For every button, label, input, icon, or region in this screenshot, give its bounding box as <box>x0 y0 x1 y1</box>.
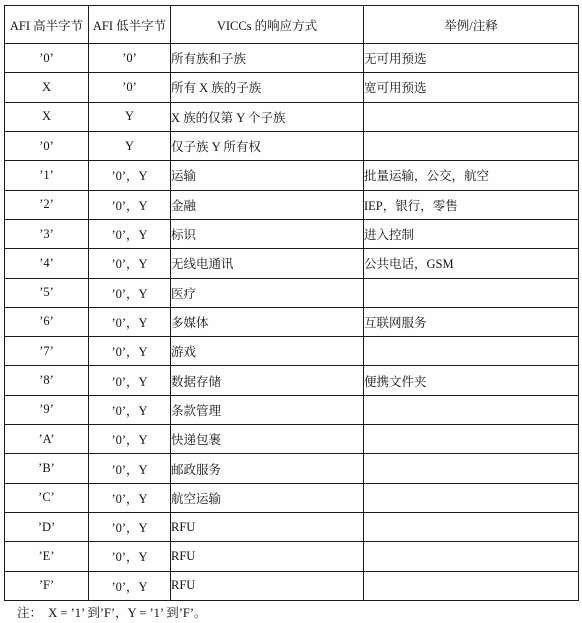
cell-example-note <box>364 542 579 571</box>
cell-example-note: 批量运输，公交，航空 <box>364 161 579 190</box>
cell-example-note <box>364 513 579 542</box>
cell-example-note <box>364 278 579 307</box>
cell-afi-low-nibble: ’0’，Y <box>89 513 171 542</box>
cell-vicc-response: RFU <box>171 542 364 571</box>
cell-vicc-response: 条款管理 <box>171 395 364 424</box>
cell-example-note: 互联网服务 <box>364 307 579 336</box>
table-row: ’C’ ’0’，Y 航空运输 <box>5 483 579 512</box>
table-row: ’9’ ’0’，Y 条款管理 <box>5 395 579 424</box>
table-row: ’E’ ’0’，Y RFU <box>5 542 579 571</box>
table-body: ’0’ ’0’ 所有族和子族 无可用预选 X ’0’ 所有 X 族的子族 宽可用… <box>5 44 579 601</box>
cell-afi-high-nibble: ’2’ <box>5 190 89 219</box>
cell-afi-low-nibble: ’0’，Y <box>89 366 171 395</box>
cell-vicc-response: 游戏 <box>171 337 364 366</box>
cell-afi-low-nibble: ’0’，Y <box>89 425 171 454</box>
cell-afi-low-nibble: ’0’，Y <box>89 307 171 336</box>
table-row: ’7’ ’0’，Y 游戏 <box>5 337 579 366</box>
cell-example-note: IEP，银行，零售 <box>364 190 579 219</box>
cell-afi-high-nibble: ’C’ <box>5 483 89 512</box>
cell-vicc-response: 无线电通讯 <box>171 249 364 278</box>
column-header-afi-high-nibble: AFI 高半字节 <box>5 6 89 44</box>
cell-afi-high-nibble: ’A’ <box>5 425 89 454</box>
cell-afi-high-nibble: ’5’ <box>5 278 89 307</box>
cell-vicc-response: 快递包裹 <box>171 425 364 454</box>
table-row: ’1’ ’0’，Y 运输 批量运输，公交，航空 <box>5 161 579 190</box>
cell-afi-low-nibble: ’0’ <box>89 44 171 73</box>
cell-afi-low-nibble: ’0’ <box>89 73 171 102</box>
cell-example-note: 无可用预选 <box>364 44 579 73</box>
table-row: ’A’ ’0’，Y 快递包裹 <box>5 425 579 454</box>
cell-afi-high-nibble: ’B’ <box>5 454 89 483</box>
table-row: ’B’ ’0’，Y 邮政服务 <box>5 454 579 483</box>
table-row: ’2’ ’0’，Y 金融 IEP，银行，零售 <box>5 190 579 219</box>
table-row: ’0’ ’0’ 所有族和子族 无可用预选 <box>5 44 579 73</box>
cell-afi-low-nibble: Y <box>89 131 171 160</box>
cell-example-note <box>364 425 579 454</box>
header-row: AFI 高半字节 AFI 低半字节 VICCs 的响应方式 举例/注释 <box>5 6 579 44</box>
cell-vicc-response: 金融 <box>171 190 364 219</box>
cell-example-note <box>364 102 579 131</box>
cell-example-note: 宽可用预选 <box>364 73 579 102</box>
cell-afi-high-nibble: ’F’ <box>5 571 89 600</box>
cell-afi-high-nibble: X <box>5 73 89 102</box>
cell-afi-low-nibble: ’0’，Y <box>89 249 171 278</box>
column-header-vicc-response: VICCs 的响应方式 <box>171 6 364 44</box>
cell-afi-high-nibble: ’D’ <box>5 513 89 542</box>
table-row: ’4’ ’0’，Y 无线电通讯 公共电话，GSM <box>5 249 579 278</box>
table-row: ’D’ ’0’，Y RFU <box>5 513 579 542</box>
cell-afi-low-nibble: ’0’，Y <box>89 190 171 219</box>
cell-afi-low-nibble: ’0’，Y <box>89 571 171 600</box>
footnote: 注： X = ’1’ 到’F’，Y = ’1’ 到’F’。 <box>17 603 207 621</box>
column-header-afi-low-nibble: AFI 低半字节 <box>89 6 171 44</box>
cell-afi-low-nibble: ’0’，Y <box>89 395 171 424</box>
cell-example-note: 公共电话，GSM <box>364 249 579 278</box>
cell-afi-low-nibble: ’0’，Y <box>89 278 171 307</box>
table-row: ’0’ Y 仅子族 Y 所有权 <box>5 131 579 160</box>
table-row: X Y X 族的仅第 Y 个子族 <box>5 102 579 131</box>
cell-afi-low-nibble: ’0’，Y <box>89 454 171 483</box>
table-row: ’5’ ’0’，Y 医疗 <box>5 278 579 307</box>
cell-afi-high-nibble: ’8’ <box>5 366 89 395</box>
cell-vicc-response: 数据存储 <box>171 366 364 395</box>
cell-vicc-response: X 族的仅第 Y 个子族 <box>171 102 364 131</box>
cell-afi-low-nibble: ’0’，Y <box>89 337 171 366</box>
cell-example-note: 进入控制 <box>364 219 579 248</box>
cell-afi-high-nibble: ’0’ <box>5 131 89 160</box>
cell-afi-low-nibble: ’0’，Y <box>89 219 171 248</box>
column-header-example-note: 举例/注释 <box>364 6 579 44</box>
cell-vicc-response: RFU <box>171 513 364 542</box>
cell-afi-high-nibble: ’0’ <box>5 44 89 73</box>
cell-afi-high-nibble: ’1’ <box>5 161 89 190</box>
afi-response-table: AFI 高半字节 AFI 低半字节 VICCs 的响应方式 举例/注释 ’0’ … <box>4 5 579 601</box>
cell-vicc-response: 邮政服务 <box>171 454 364 483</box>
table-row: X ’0’ 所有 X 族的子族 宽可用预选 <box>5 73 579 102</box>
cell-example-note <box>364 131 579 160</box>
cell-example-note <box>364 483 579 512</box>
document-page: AFI 高半字节 AFI 低半字节 VICCs 的响应方式 举例/注释 ’0’ … <box>0 0 582 623</box>
cell-afi-high-nibble: ’9’ <box>5 395 89 424</box>
cell-example-note <box>364 337 579 366</box>
cell-vicc-response: 运输 <box>171 161 364 190</box>
cell-afi-low-nibble: ’0’，Y <box>89 161 171 190</box>
cell-example-note <box>364 395 579 424</box>
cell-vicc-response: 标识 <box>171 219 364 248</box>
cell-afi-high-nibble: ’6’ <box>5 307 89 336</box>
cell-vicc-response: 所有族和子族 <box>171 44 364 73</box>
table-row: ’8’ ’0’，Y 数据存储 便携文件夹 <box>5 366 579 395</box>
cell-example-note <box>364 454 579 483</box>
cell-vicc-response: 所有 X 族的子族 <box>171 73 364 102</box>
cell-afi-low-nibble: Y <box>89 102 171 131</box>
cell-vicc-response: 航空运输 <box>171 483 364 512</box>
table-row: ’6’ ’0’，Y 多媒体 互联网服务 <box>5 307 579 336</box>
cell-afi-high-nibble: ’4’ <box>5 249 89 278</box>
cell-afi-high-nibble: ’3’ <box>5 219 89 248</box>
cell-vicc-response: RFU <box>171 571 364 600</box>
cell-example-note: 便携文件夹 <box>364 366 579 395</box>
cell-vicc-response: 多媒体 <box>171 307 364 336</box>
cell-afi-high-nibble: ’7’ <box>5 337 89 366</box>
cell-afi-low-nibble: ’0’，Y <box>89 542 171 571</box>
table-row: ’3’ ’0’，Y 标识 进入控制 <box>5 219 579 248</box>
cell-vicc-response: 医疗 <box>171 278 364 307</box>
cell-afi-high-nibble: X <box>5 102 89 131</box>
cell-afi-high-nibble: ’E’ <box>5 542 89 571</box>
table-row: ’F’ ’0’，Y RFU <box>5 571 579 600</box>
cell-example-note <box>364 571 579 600</box>
cell-vicc-response: 仅子族 Y 所有权 <box>171 131 364 160</box>
cell-afi-low-nibble: ’0’，Y <box>89 483 171 512</box>
